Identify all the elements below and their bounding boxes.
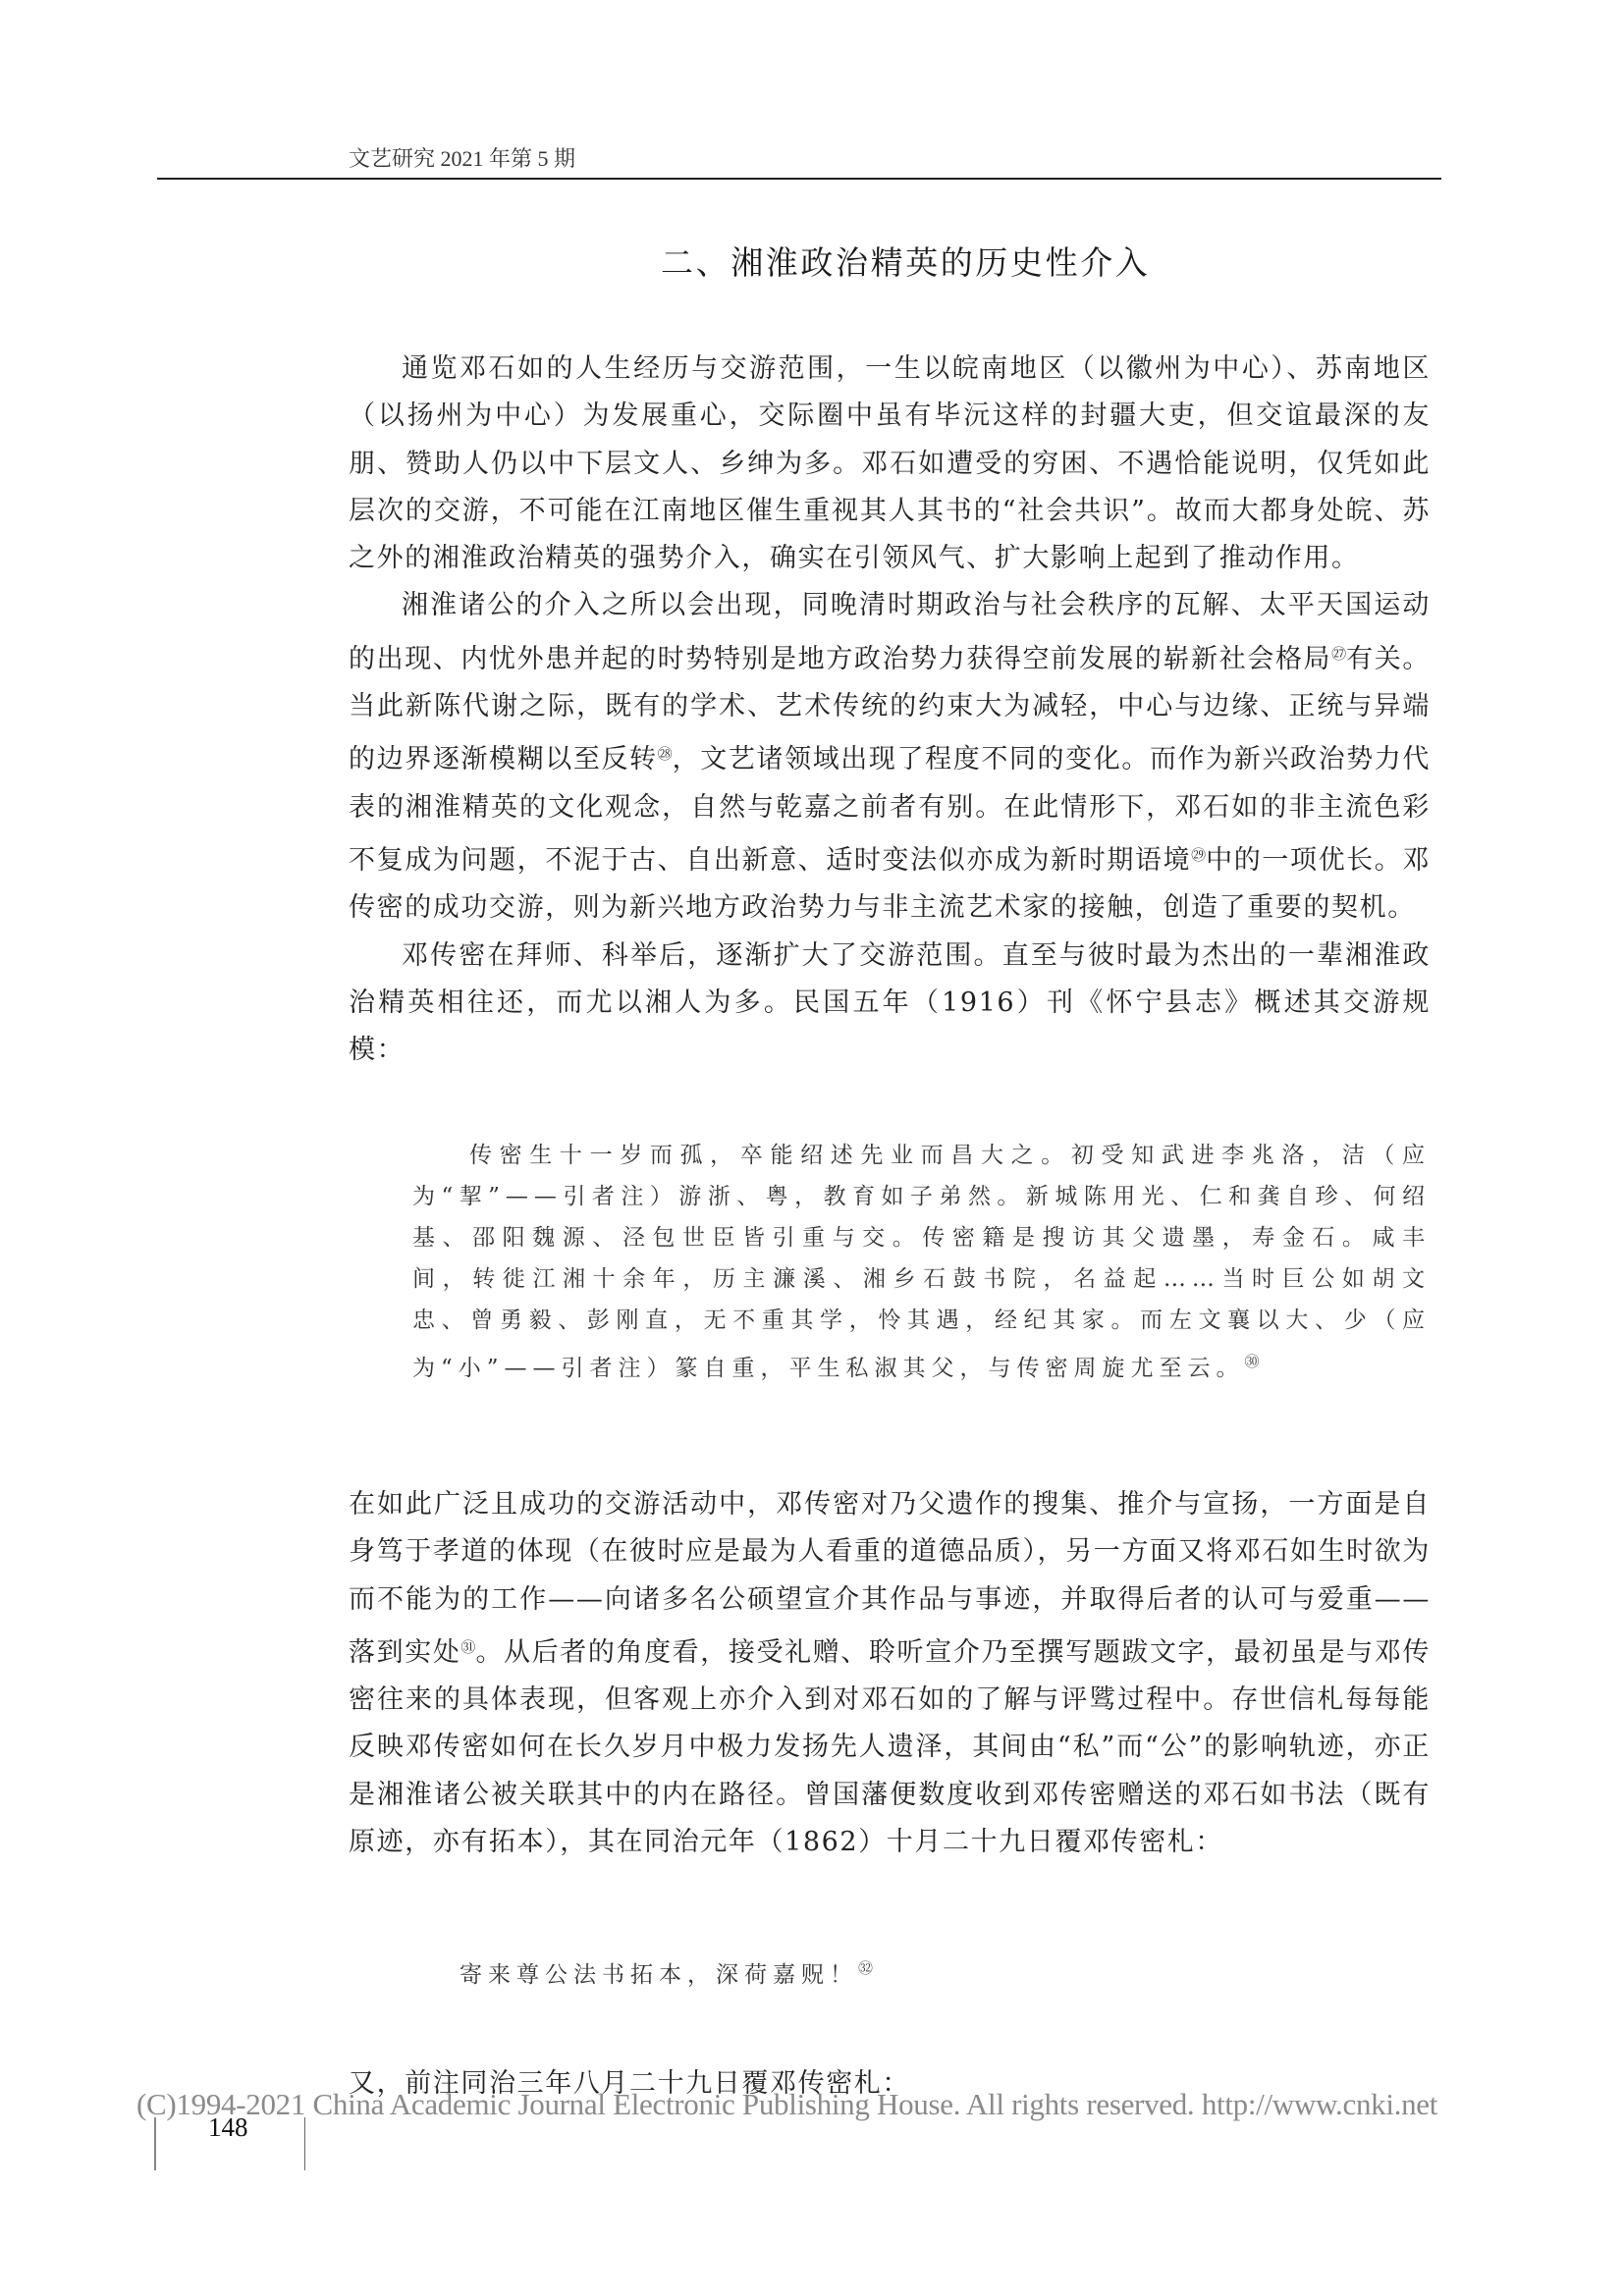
- quote-text: 寄来尊公法书拓本，深荷嘉贶！: [460, 1962, 858, 1988]
- footnote-ref-29[interactable]: ㉙: [1191, 846, 1206, 864]
- footnote-ref-27[interactable]: ㉗: [1331, 645, 1346, 663]
- quote-text: 传密生十一岁而孤，卒能绍述先业而昌大之。初受知武进李兆洛，洁（应为“挈”——引者…: [412, 1143, 1431, 1381]
- paragraph-text: 。从后者的角度看，接受礼赠、聆听宣介乃至撰写题跋文字，最初虽是与邓传密往来的具体…: [349, 1637, 1431, 1857]
- paragraph-4: 在如此广泛且成功的交游活动中，邓传密对乃父遗作的搜集、推介与宣扬，一方面是自身笃…: [349, 1481, 1431, 1866]
- body-text-block-2: 在如此广泛且成功的交游活动中，邓传密对乃父遗作的搜集、推介与宣扬，一方面是自身笃…: [349, 1481, 1431, 1866]
- footnote-ref-32[interactable]: ㉜: [858, 1959, 873, 1977]
- header-rule: [157, 178, 1441, 180]
- paragraph-text: 通览邓石如的人生经历与交游范围，一生以皖南地区（以徽州为中心）、苏南地区（以扬州…: [349, 353, 1431, 573]
- footnote-ref-30[interactable]: ㉚: [1245, 1353, 1260, 1370]
- quote-text-container: 传密生十一岁而孤，卒能绍述先业而昌大之。初受知武进李兆洛，洁（应为“挈”——引者…: [412, 1135, 1431, 1389]
- footnote-ref-31[interactable]: ㉛: [460, 1638, 475, 1656]
- page-number: 148: [208, 2112, 248, 2142]
- section-heading: 二、湘淮政治精英的历史性介入: [661, 243, 1150, 283]
- body-text-block-1: 通览邓石如的人生经历与交游范围，一生以皖南地区（以徽州为中心）、苏南地区（以扬州…: [349, 346, 1431, 1074]
- running-header: 文艺研究 2021 年第 5 期: [349, 145, 575, 173]
- paragraph-3: 邓传密在拜师、科举后，逐渐扩大了交游范围。直至与彼时最为杰出的一辈湘淮政治精英相…: [349, 933, 1431, 1075]
- copyright-watermark: (C)1994-2021 China Academic Journal Elec…: [136, 2087, 1437, 2122]
- block-quote-2: 寄来尊公法书拓本，深荷嘉贶！㉜: [460, 1948, 873, 1996]
- quote-text-container: 寄来尊公法书拓本，深荷嘉贶！㉜: [460, 1948, 873, 1996]
- footnote-ref-28[interactable]: ㉘: [658, 745, 673, 763]
- page-number-right-rule: [304, 2117, 305, 2170]
- paragraph-1: 通览邓石如的人生经历与交游范围，一生以皖南地区（以徽州为中心）、苏南地区（以扬州…: [349, 346, 1431, 582]
- paragraph-text: 邓传密在拜师、科举后，逐渐扩大了交游范围。直至与彼时最为杰出的一辈湘淮政治精英相…: [349, 940, 1431, 1066]
- block-quote-1: 传密生十一岁而孤，卒能绍述先业而昌大之。初受知武进李兆洛，洁（应为“挈”——引者…: [412, 1135, 1431, 1389]
- paragraph-2: 湘淮诸公的介入之所以会出现，同晚清时期政治与社会秩序的瓦解、太平天国运动的出现、…: [349, 582, 1431, 932]
- page-number-left-rule: [154, 2117, 156, 2170]
- paragraph-text: 湘淮诸公的介入之所以会出现，同晚清时期政治与社会秩序的瓦解、太平天国运动的出现、…: [349, 590, 1431, 673]
